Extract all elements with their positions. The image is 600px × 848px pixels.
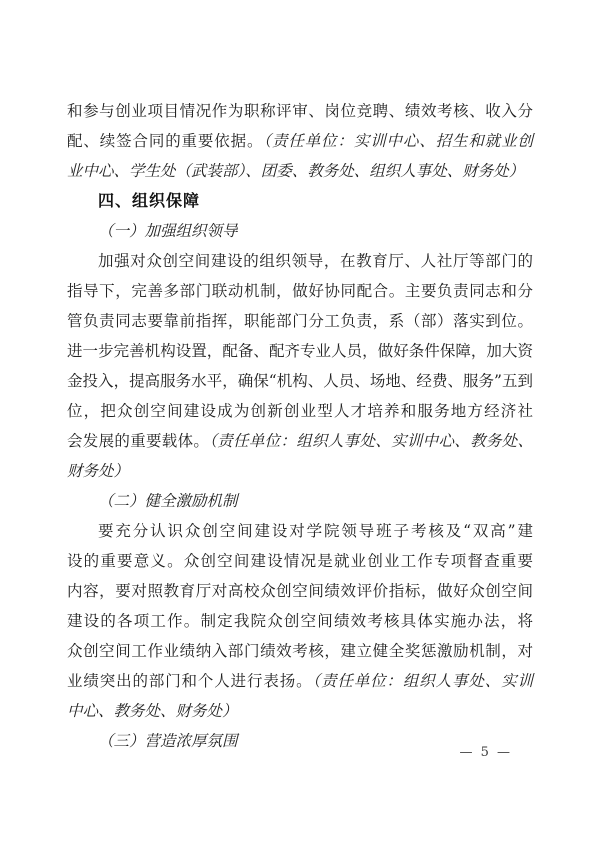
text-run: 管负责同志要靠前指挥，职能部门分工负责，系（部）落实到位。 (67, 312, 533, 330)
text-run: 内容，要对照教育厅对高校众创空间绩效评价指标，做好众创空间 (67, 582, 533, 600)
body-line: 会发展的重要载体。（责任单位：组织人事处、实训中心、教务处、 (67, 426, 533, 456)
body-line: 财务处） (67, 456, 533, 486)
body-line: 管负责同志要靠前指挥，职能部门分工负责，系（部）落实到位。 (67, 306, 533, 336)
body-line: 建设的各项工作。制定我院众创空间绩效考核具体实施办法，将 (67, 606, 533, 636)
text-run: 金投入，提高服务水平，确保“机构、人员、场地、经费、服务”五到 (67, 372, 533, 390)
body-line: 位，把众创空间建设成为创新创业型人才培养和服务地方经济社 (67, 396, 533, 426)
text-run: 配、续签合同的重要依据。 (67, 132, 263, 150)
body-line: 众创空间工作业绩纳入部门绩效考核，建立健全奖惩激励机制，对 (67, 636, 533, 666)
body-line: 指导下，完善多部门联动机制，做好协同配合。主要负责同志和分 (67, 276, 533, 306)
body-line: 和参与创业项目情况作为职称评审、岗位竞聘、绩效考核、收入分 (67, 96, 533, 126)
text-run: （二）健全激励机制 (98, 492, 238, 510)
body-line: 业绩突出的部门和个人进行表扬。（责任单位：组织人事处、实训 (67, 666, 533, 696)
body-line: 业中心、学生处（武装部）、团委、教务处、组织人事处、财务处） (67, 156, 533, 186)
body-line: 加强对众创空间建设的组织领导，在教育厅、人社厅等部门的 (67, 246, 533, 276)
text-run: 位，把众创空间建设成为创新创业型人才培养和服务地方经济社 (67, 402, 533, 420)
responsibility-note: （责任单位：实训中心、招生和就业创 (263, 132, 533, 150)
text-run: 加强对众创空间建设的组织领导，在教育厅、人社厅等部门的 (98, 252, 533, 270)
text-run: 四、组织保障 (98, 191, 200, 210)
responsibility-note: （责任单位：组织人事处、实训中心、教务处、 (209, 432, 533, 450)
body-line: 中心、教务处、财务处） (67, 696, 533, 726)
document-page: 和参与创业项目情况作为职称评审、岗位竞聘、绩效考核、收入分配、续签合同的重要依据… (0, 0, 600, 848)
responsibility-note: （责任单位：组织人事处、实训 (312, 672, 533, 690)
text-run: 业绩突出的部门和个人进行表扬。 (67, 672, 312, 690)
text-run: 设的重要意义。众创空间建设情况是就业创业工作专项督查重要 (67, 552, 533, 570)
page-number: — 5 — (459, 745, 512, 760)
text-run: （三）营造浓厚氛围 (98, 732, 238, 750)
body-line: 进一步完善机构设置，配备、配齐专业人员，做好条件保障，加大资 (67, 336, 533, 366)
body-line: 配、续签合同的重要依据。（责任单位：实训中心、招生和就业创 (67, 126, 533, 156)
text-run: 会发展的重要载体。 (67, 432, 209, 450)
text-run: 指导下，完善多部门联动机制，做好协同配合。主要负责同志和分 (67, 282, 533, 300)
text-run: 进一步完善机构设置，配备、配齐专业人员，做好条件保障，加大资 (67, 342, 533, 360)
body-line: 设的重要意义。众创空间建设情况是就业创业工作专项督查重要 (67, 546, 533, 576)
text-run: 和参与创业项目情况作为职称评审、岗位竞聘、绩效考核、收入分 (67, 102, 533, 120)
subsection-heading: （一）加强组织领导 (67, 216, 533, 246)
text-run: 众创空间工作业绩纳入部门绩效考核，建立健全奖惩激励机制，对 (67, 642, 533, 660)
body-line: 金投入，提高服务水平，确保“机构、人员、场地、经费、服务”五到 (67, 366, 533, 396)
text-run: 业中心、学生处（武装部）、团委、教务处、组织人事处、财务处） (67, 162, 524, 180)
text-run: 中心、教务处、财务处） (67, 702, 238, 720)
text-run: （一）加强组织领导 (98, 222, 238, 240)
text-run: 建设的各项工作。制定我院众创空间绩效考核具体实施办法，将 (67, 612, 533, 630)
text-run: 财务处） (67, 462, 129, 480)
text-run: 要充分认识众创空间建设对学院领导班子考核及“双高”建 (98, 522, 533, 540)
subsection-heading: （二）健全激励机制 (67, 486, 533, 516)
body-line: 要充分认识众创空间建设对学院领导班子考核及“双高”建 (67, 516, 533, 546)
section-heading: 四、组织保障 (67, 186, 533, 216)
body-line: 内容，要对照教育厅对高校众创空间绩效评价指标，做好众创空间 (67, 576, 533, 606)
document-content: 和参与创业项目情况作为职称评审、岗位竞聘、绩效考核、收入分配、续签合同的重要依据… (67, 96, 533, 756)
